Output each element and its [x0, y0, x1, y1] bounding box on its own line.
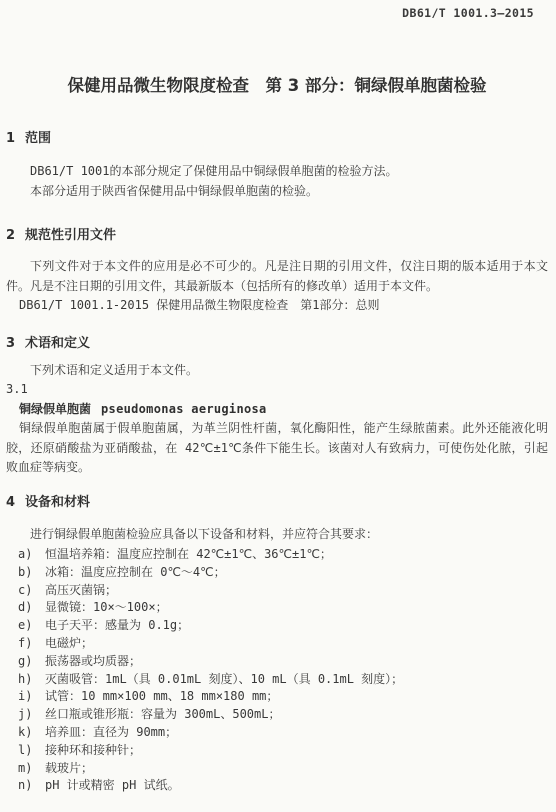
- equipment-intro: 进行铜绿假单胞菌检验应具备以下设备和材料，并应符合其要求：: [6, 525, 548, 545]
- item-text: 电磁炉；: [45, 635, 548, 653]
- equipment-list: a) 恒温培养箱：温度应控制在 42℃±1℃、36℃±1℃； b) 冰箱：温度应…: [6, 546, 548, 795]
- item-letter: d): [18, 599, 45, 617]
- scope-paragraph-2: 本部分适用于陕西省保健用品中铜绿假单胞菌的检验。: [6, 182, 548, 202]
- item-text: 显微镜：10×～100×；: [45, 599, 548, 617]
- section-4-heading: 4设备和材料: [6, 494, 548, 512]
- item-text: 冰箱：温度应控制在 0℃～4℃；: [45, 564, 548, 582]
- item-letter: j): [18, 706, 45, 724]
- term-definition: 铜绿假单胞菌属于假单胞菌属，为革兰阴性杆菌，氧化酶阳性，能产生绿脓菌素。此外还能…: [6, 419, 548, 478]
- normative-ref-item: DB61/T 1001.1-2015 保健用品微生物限度检查 第1部分：总则: [6, 296, 548, 316]
- section-1-heading: 1范围: [6, 130, 548, 148]
- item-letter: l): [18, 742, 45, 760]
- item-text: 试管：10 mm×100 mm、18 mm×180 mm；: [45, 688, 548, 706]
- term-entry: 铜绿假单胞菌pseudomonas aeruginosa: [6, 400, 548, 420]
- equipment-item-l: l) 接种环和接种针；: [6, 742, 548, 760]
- equipment-item-g: g) 振荡器或均质器；: [6, 653, 548, 671]
- item-text: 丝口瓶或锥形瓶：容量为 300mL、500mL；: [45, 706, 548, 724]
- document-page: DB61/T 1001.3—2015 保健用品微生物限度检查 第 3 部分：铜绿…: [0, 0, 556, 812]
- equipment-item-m: m) 载玻片；: [6, 760, 548, 778]
- item-letter: i): [18, 688, 45, 706]
- section-2-name: 规范性引用文件: [25, 228, 116, 243]
- item-text: 高压灭菌锅；: [45, 582, 548, 600]
- equipment-item-b: b) 冰箱：温度应控制在 0℃～4℃；: [6, 564, 548, 582]
- item-text: pH 计或精密 pH 试纸。: [45, 777, 548, 795]
- term-name-zh: 铜绿假单胞菌: [19, 402, 91, 416]
- item-letter: g): [18, 653, 45, 671]
- section-2-number: 2: [6, 227, 15, 245]
- equipment-item-f: f) 电磁炉；: [6, 635, 548, 653]
- item-letter: b): [18, 564, 45, 582]
- normative-refs-paragraph: 下列文件对于本文件的应用是必不可少的。凡是注日期的引用文件，仅注日期的版本适用于…: [6, 257, 548, 296]
- item-text: 培养皿：直径为 90mm；: [45, 724, 548, 742]
- item-text: 接种环和接种针；: [45, 742, 548, 760]
- equipment-item-a: a) 恒温培养箱：温度应控制在 42℃±1℃、36℃±1℃；: [6, 546, 548, 564]
- section-2-heading: 2规范性引用文件: [6, 227, 548, 245]
- item-text: 灭菌吸管：1mL（具 0.01mL 刻度）、10 mL（具 0.1mL 刻度）；: [45, 671, 548, 689]
- item-text: 振荡器或均质器；: [45, 653, 548, 671]
- document-title: 保健用品微生物限度检查 第 3 部分：铜绿假单胞菌检验: [6, 74, 548, 98]
- section-3-name: 术语和定义: [25, 336, 90, 351]
- equipment-item-c: c) 高压灭菌锅；: [6, 582, 548, 600]
- scope-paragraph-1: DB61/T 1001的本部分规定了保健用品中铜绿假单胞菌的检验方法。: [6, 162, 548, 182]
- equipment-item-h: h) 灭菌吸管：1mL（具 0.01mL 刻度）、10 mL（具 0.1mL 刻…: [6, 671, 548, 689]
- section-3-heading: 3术语和定义: [6, 335, 548, 353]
- equipment-item-e: e) 电子天平：感量为 0.1g；: [6, 617, 548, 635]
- section-1-number: 1: [6, 130, 15, 148]
- item-letter: a): [18, 546, 45, 564]
- item-letter: f): [18, 635, 45, 653]
- item-letter: c): [18, 582, 45, 600]
- item-letter: e): [18, 617, 45, 635]
- section-3-number: 3: [6, 335, 15, 353]
- equipment-item-d: d) 显微镜：10×～100×；: [6, 599, 548, 617]
- item-letter: k): [18, 724, 45, 742]
- item-text: 电子天平：感量为 0.1g；: [45, 617, 548, 635]
- equipment-item-n: n) pH 计或精密 pH 试纸。: [6, 777, 548, 795]
- term-name-en: pseudomonas aeruginosa: [101, 402, 267, 416]
- item-letter: n): [18, 777, 45, 795]
- equipment-item-k: k) 培养皿：直径为 90mm；: [6, 724, 548, 742]
- equipment-item-j: j) 丝口瓶或锥形瓶：容量为 300mL、500mL；: [6, 706, 548, 724]
- terms-intro: 下列术语和定义适用于本文件。: [6, 361, 548, 381]
- equipment-item-i: i) 试管：10 mm×100 mm、18 mm×180 mm；: [6, 688, 548, 706]
- item-text: 载玻片；: [45, 760, 548, 778]
- section-4-number: 4: [6, 494, 15, 512]
- section-1-name: 范围: [25, 131, 51, 146]
- section-4-name: 设备和材料: [25, 495, 90, 510]
- term-number: 3.1: [6, 380, 548, 400]
- doc-number: DB61/T 1001.3—2015: [6, 6, 548, 20]
- item-letter: m): [18, 760, 45, 778]
- item-letter: h): [18, 671, 45, 689]
- item-text: 恒温培养箱：温度应控制在 42℃±1℃、36℃±1℃；: [45, 546, 548, 564]
